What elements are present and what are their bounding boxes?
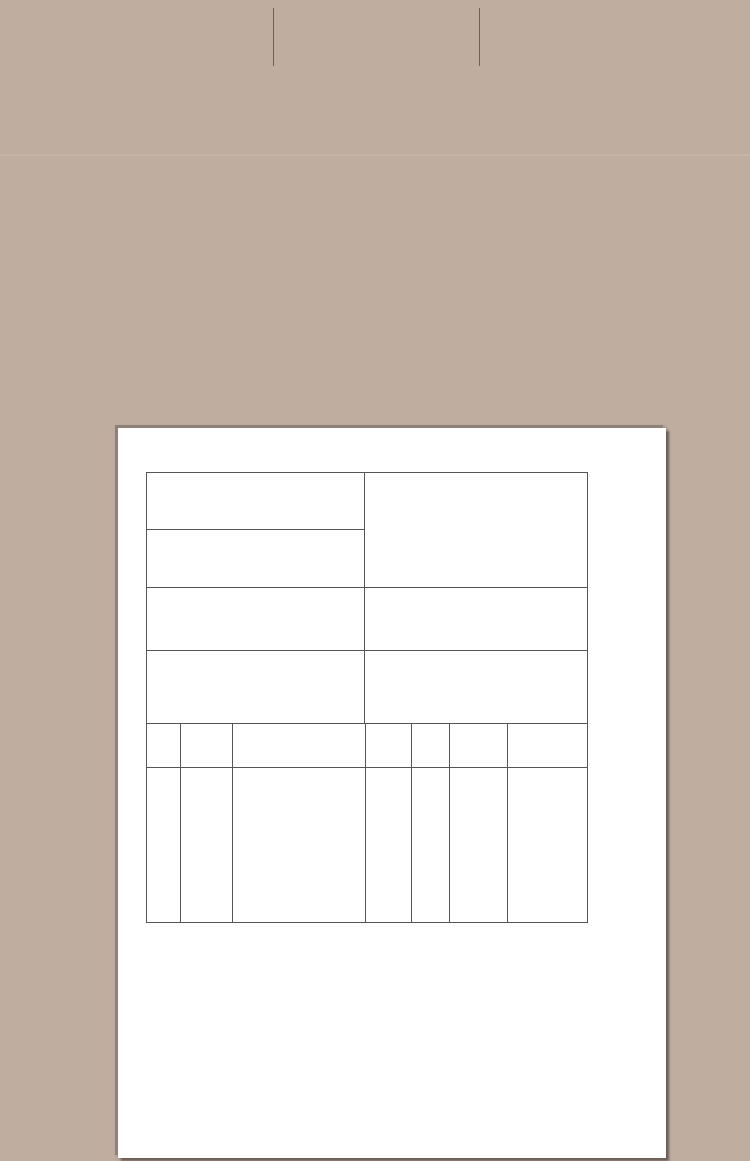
tab-divider xyxy=(273,8,274,66)
goods-table xyxy=(146,723,588,923)
official-use-box xyxy=(364,587,588,651)
producer-box xyxy=(146,529,365,588)
certificate-image xyxy=(118,428,666,1158)
tab-divider xyxy=(479,8,480,66)
section-divider xyxy=(0,154,750,156)
remarks-box xyxy=(364,650,588,724)
certificate-number-box xyxy=(364,472,588,588)
feature-tabs xyxy=(0,0,750,70)
transport-box xyxy=(146,650,365,724)
exporter-box xyxy=(146,472,365,530)
importer-box xyxy=(146,587,365,651)
